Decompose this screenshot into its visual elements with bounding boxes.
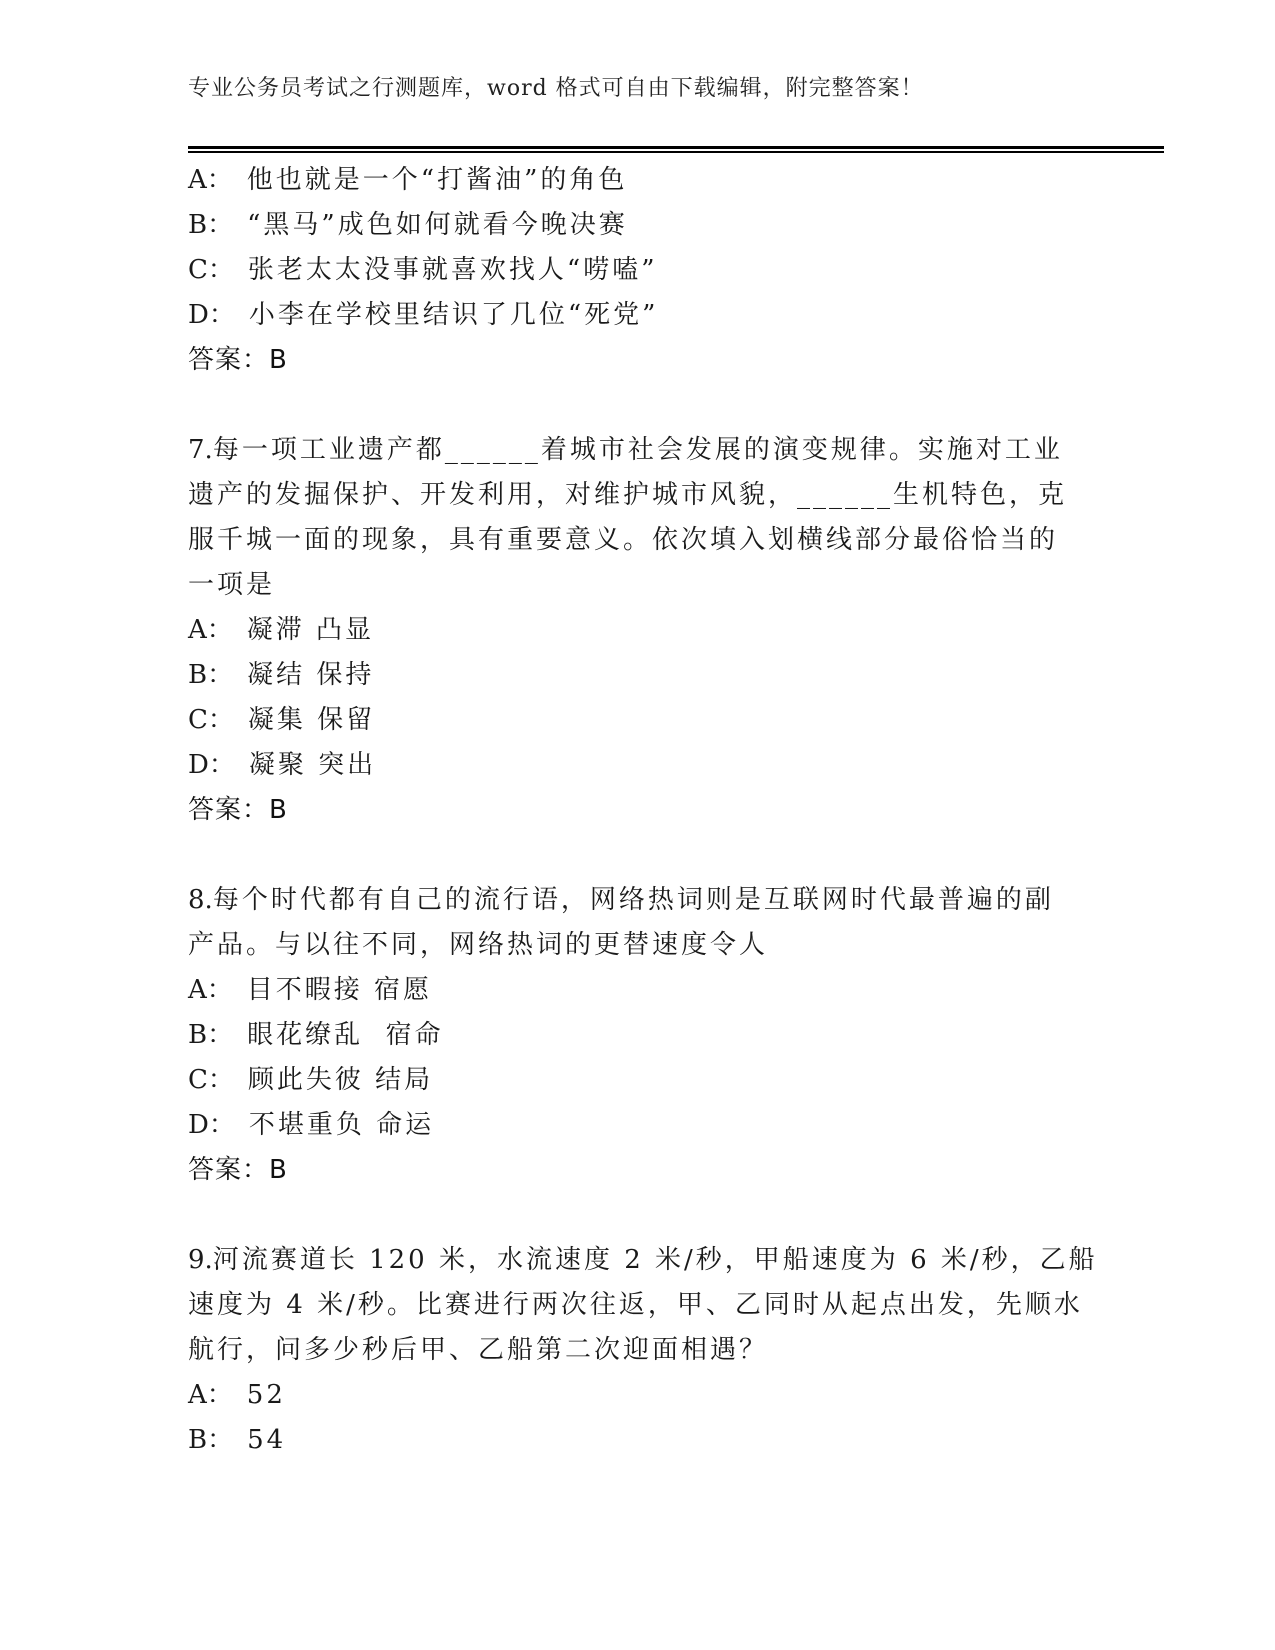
answer-line: 答案：B xyxy=(188,338,1068,383)
question-stem-line: 7.每一项工业遗产都______着城市社会发展的演变规律。实施对工业 xyxy=(188,428,1068,473)
option-b: B：凝结 保持 xyxy=(188,653,1068,698)
question-stem-line: 速度为 4 米/秒。比赛进行两次往返，甲、乙同时从起点出发，先顺水 xyxy=(188,1283,1068,1328)
option-d: D：不堪重负 命运 xyxy=(188,1103,1068,1148)
question-stem-line: 服千城一面的现象，具有重要意义。依次填入划横线部分最俗恰当的 xyxy=(188,518,1068,563)
option-c: C：张老太太没事就喜欢找人“唠嗑” xyxy=(188,248,1068,293)
option-b: B：54 xyxy=(188,1418,1068,1463)
question-stem-line: 航行，问多少秒后甲、乙船第二次迎面相遇？ xyxy=(188,1328,1068,1373)
option-a: A：他也就是一个“打酱油”的角色 xyxy=(188,158,1068,203)
spacer xyxy=(188,833,1068,878)
option-c: C：顾此失彼 结局 xyxy=(188,1058,1068,1103)
header-rule-thick xyxy=(188,146,1164,149)
spacer xyxy=(188,1193,1068,1238)
question-stem-line: 9.河流赛道长 120 米，水流速度 2 米/秒，甲船速度为 6 米/秒，乙船 xyxy=(188,1238,1068,1283)
option-c: C：凝集 保留 xyxy=(188,698,1068,743)
option-a: A：凝滞 凸显 xyxy=(188,608,1068,653)
answer-line: 答案：B xyxy=(188,788,1068,833)
option-d: D：凝聚 突出 xyxy=(188,743,1068,788)
question-stem-line: 一项是 xyxy=(188,563,1068,608)
header-rule-thin xyxy=(188,151,1164,153)
question-stem-line: 产品。与以往不同，网络热词的更替速度令人 xyxy=(188,923,1068,968)
option-b: B：“黑马”成色如何就看今晚决赛 xyxy=(188,203,1068,248)
question-8: 8.每个时代都有自己的流行语，网络热词则是互联网时代最普遍的副 产品。与以往不同… xyxy=(188,878,1068,1193)
answer-line: 答案：B xyxy=(188,1148,1068,1193)
option-b: B：眼花缭乱 宿命 xyxy=(188,1013,1068,1058)
option-a: A：目不暇接 宿愿 xyxy=(188,968,1068,1013)
question-6: A：他也就是一个“打酱油”的角色 B：“黑马”成色如何就看今晚决赛 C：张老太太… xyxy=(188,158,1068,383)
question-stem-line: 8.每个时代都有自己的流行语，网络热词则是互联网时代最普遍的副 xyxy=(188,878,1068,923)
page-header: 专业公务员考试之行测题库，word 格式可自由下载编辑，附完整答案！ xyxy=(188,74,924,104)
option-a: A：52 xyxy=(188,1373,1068,1418)
question-stem-line: 遗产的发掘保护、开发利用，对维护城市风貌，______生机特色，克 xyxy=(188,473,1068,518)
question-9: 9.河流赛道长 120 米，水流速度 2 米/秒，甲船速度为 6 米/秒，乙船 … xyxy=(188,1238,1068,1463)
spacer xyxy=(188,383,1068,428)
document-page: 专业公务员考试之行测题库，word 格式可自由下载编辑，附完整答案！ A：他也就… xyxy=(0,0,1275,1650)
question-7: 7.每一项工业遗产都______着城市社会发展的演变规律。实施对工业 遗产的发掘… xyxy=(188,428,1068,833)
option-d: D：小李在学校里结识了几位“死党” xyxy=(188,293,1068,338)
question-list: A：他也就是一个“打酱油”的角色 B：“黑马”成色如何就看今晚决赛 C：张老太太… xyxy=(188,158,1068,1463)
